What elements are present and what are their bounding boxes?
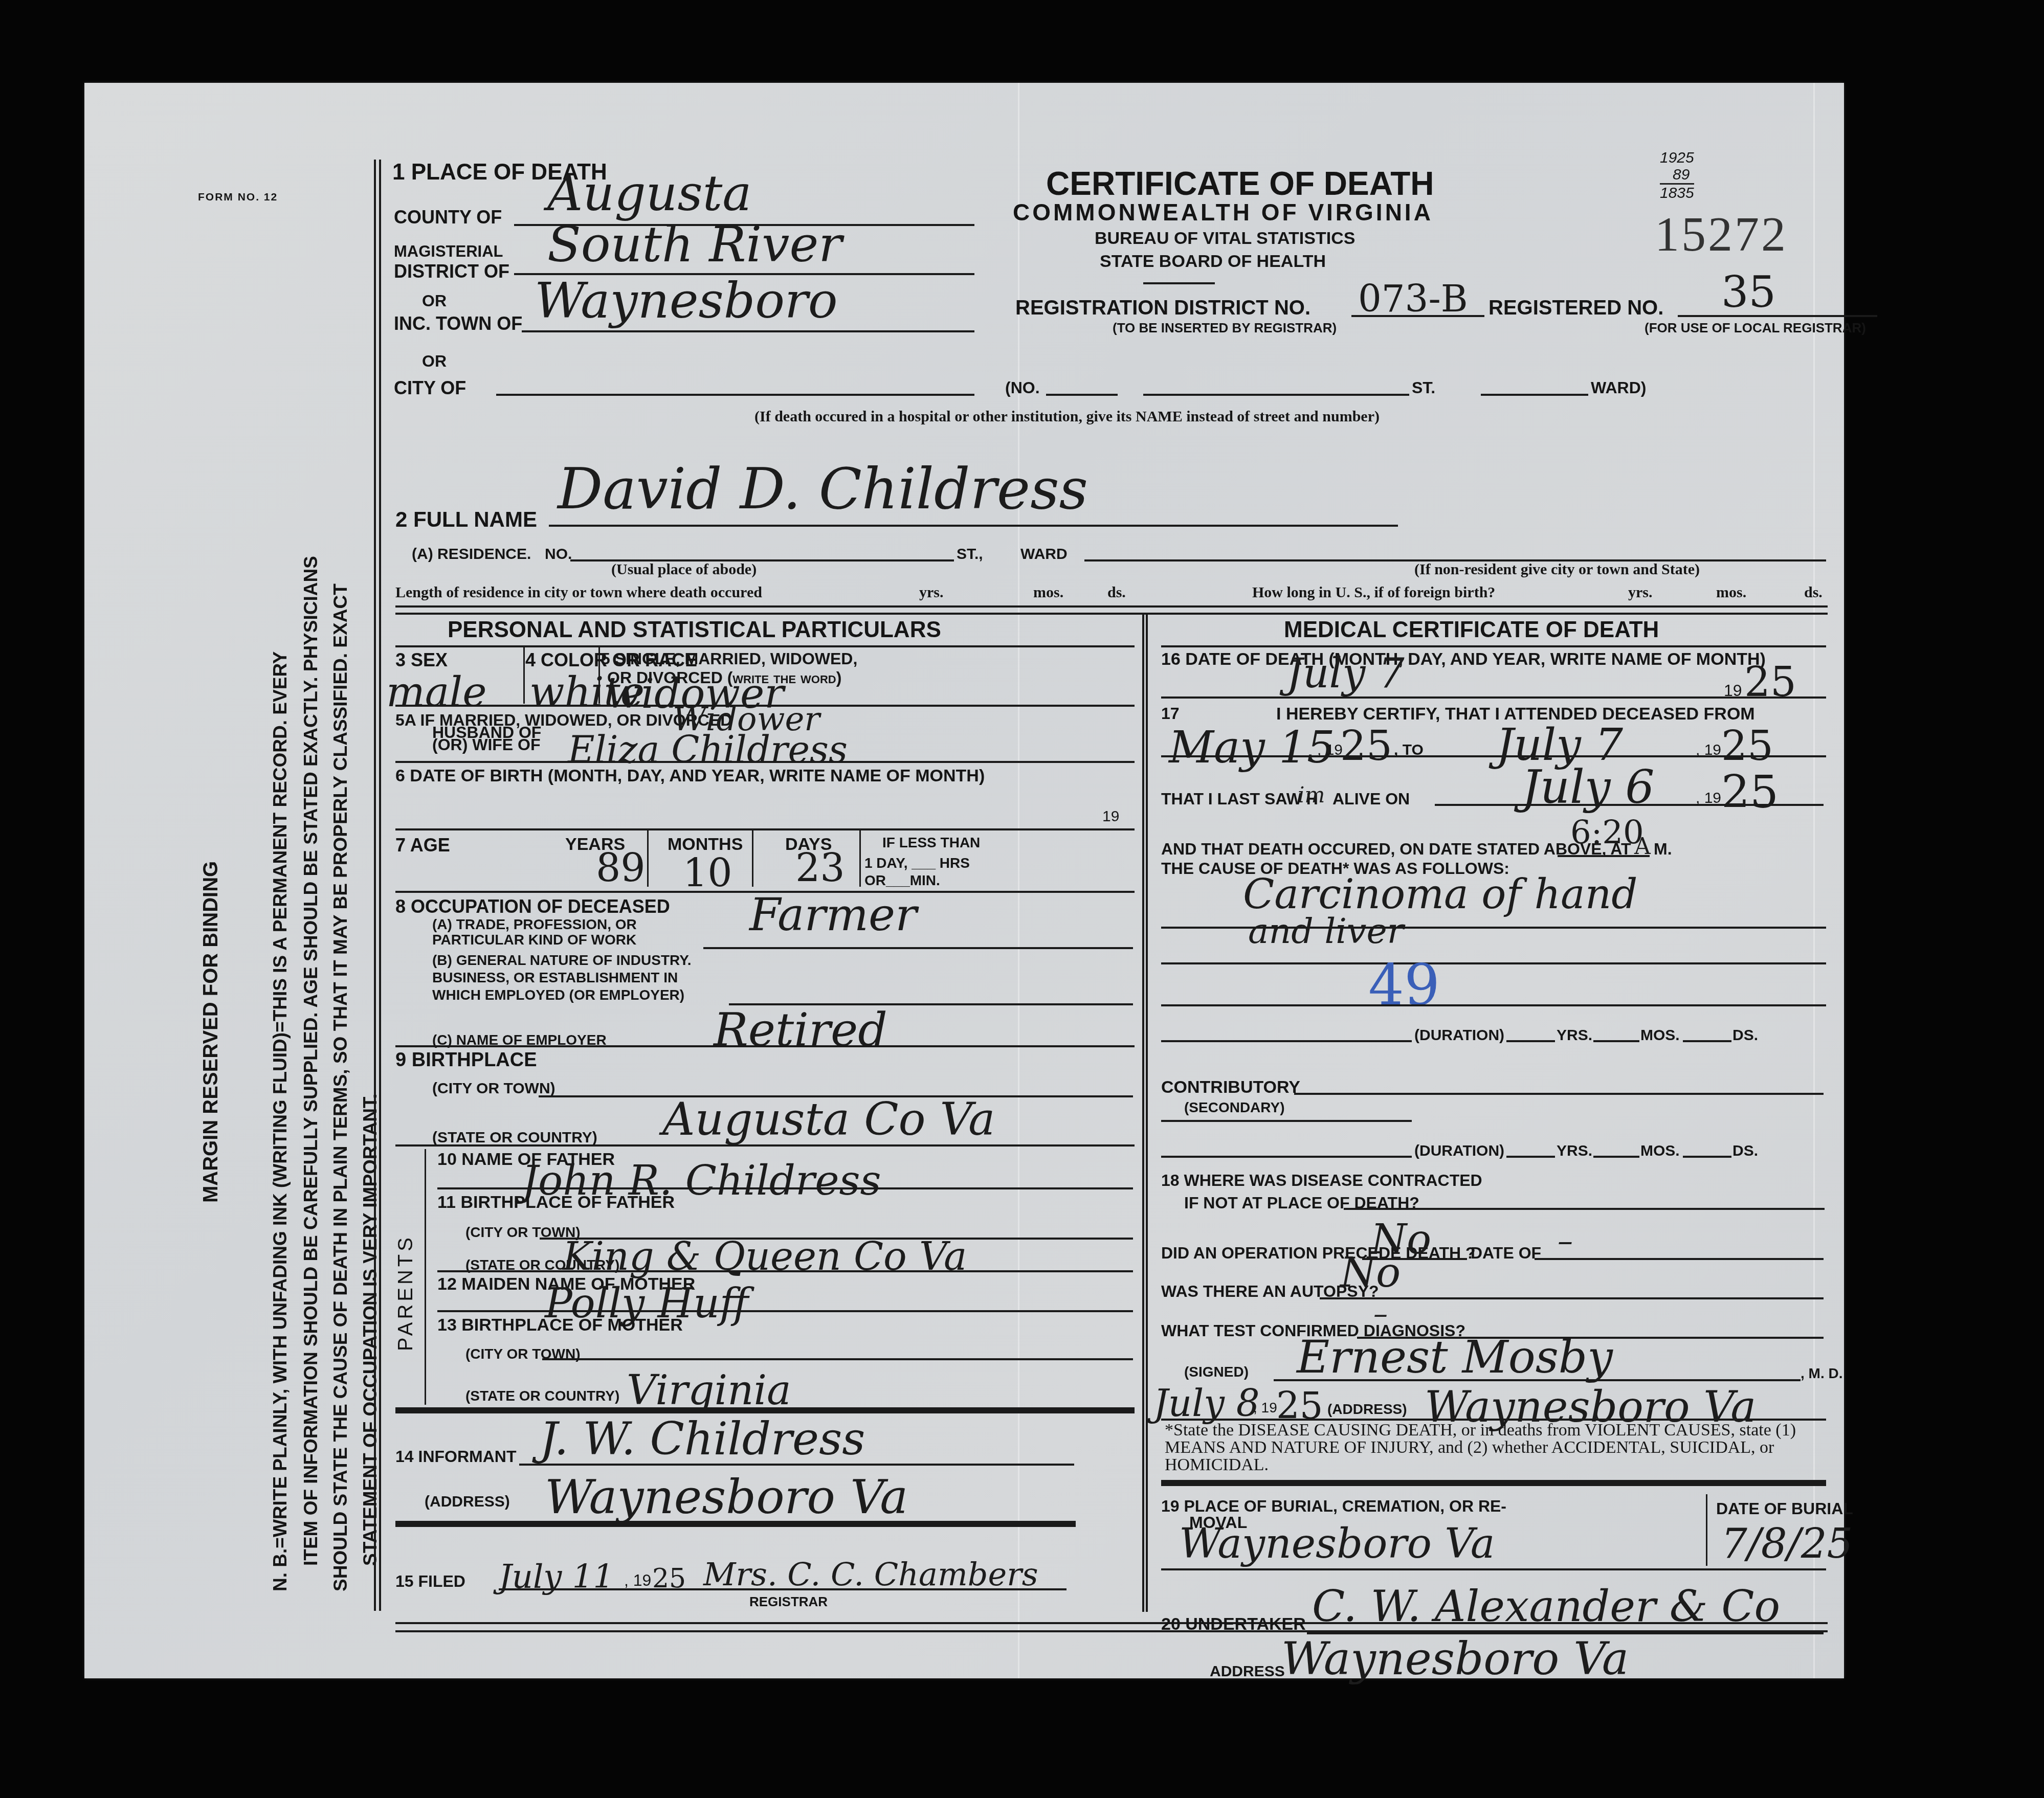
burial-place-value: Waynesboro Va (1179, 1520, 1495, 1567)
last-saw-label: THAT I LAST SAW H (1161, 790, 1318, 808)
margin-instruction-line: SHOULD STATE THE CAUSE OF DEATH IN PLAIN… (330, 583, 351, 1591)
district-note: (TO BE INSERTED BY REGISTRAR) (1113, 320, 1337, 336)
underline (1481, 394, 1588, 396)
employer-value: Retired (714, 1003, 887, 1057)
signed-year-prefix: , 19 (1253, 1400, 1277, 1416)
underline (1161, 696, 1826, 699)
birthplace-label: 9 BIRTHPLACE (395, 1049, 537, 1071)
cell-divider (523, 646, 525, 704)
mother-birthplace-label: 13 BIRTHPLACE OF MOTHER (437, 1315, 683, 1335)
burial-date-label: DATE OF BURIAL (1716, 1499, 1853, 1518)
m-label: M. (1654, 840, 1672, 859)
full-name-label: 2 FULL NAME (395, 507, 537, 532)
divider (1161, 645, 1826, 647)
divider (395, 828, 1135, 830)
to-label: , TO (1394, 741, 1424, 759)
date-of-birth-label: 6 DATE OF BIRTH (MONTH, DAY, AND YEAR, W… (395, 766, 985, 786)
ds-label: ds. (1107, 584, 1126, 601)
age-label: 7 AGE (395, 835, 450, 856)
occupation-b-label: BUSINESS, OR ESTABLISHMENT IN (432, 970, 678, 986)
underline (1683, 1156, 1731, 1158)
disease-contracted-label: 18 WHERE WAS DISEASE CONTRACTED (1161, 1171, 1482, 1190)
registered-number-label: REGISTERED NO. (1488, 297, 1663, 320)
corner-calculation: 1925 89 1835 (1660, 149, 1694, 201)
birthplace-state-value: Augusta Co Va (662, 1093, 995, 1145)
form-number: FORM NO. 12 (198, 191, 278, 204)
residence-ward-label: WARD (1020, 546, 1068, 563)
occupation-a-label: (A) TRADE, PROFESSION, OR (432, 916, 637, 933)
mos-label: mos. (1033, 584, 1063, 601)
divider (395, 761, 1135, 763)
signed-label: (SIGNED) (1184, 1364, 1249, 1380)
occupation-label: 8 OCCUPATION OF DECEASED (395, 896, 670, 917)
residence-st-label: ST., (957, 546, 983, 563)
cell-divider (752, 830, 753, 887)
street-no-label: (NO. (1005, 378, 1040, 397)
column-divider (1142, 615, 1144, 1612)
underline (1161, 1568, 1826, 1570)
filed-date-value: July 11 (499, 1558, 614, 1596)
cause-of-death-line2: and liver (1248, 911, 1404, 952)
full-name-value: David D. Childress (558, 456, 1088, 522)
md-label: , M. D. (1801, 1365, 1842, 1382)
underline (1506, 1040, 1555, 1042)
underline (1161, 1120, 1412, 1122)
or-label: OR (422, 291, 447, 310)
date-of-death-year: 25 (1744, 658, 1796, 706)
district-label: DISTRICT OF (394, 261, 509, 282)
underline (1683, 1040, 1731, 1042)
underline (437, 1187, 1133, 1189)
duration-ds-label: DS. (1732, 1027, 1758, 1044)
duration-yrs-label: YRS. (1557, 1142, 1592, 1160)
registrar-value: Mrs. C. C. Chambers (703, 1556, 1038, 1593)
death-time-value: 6:20 (1570, 814, 1644, 852)
dob-year-prefix: 19 (1102, 808, 1119, 825)
underline (1161, 962, 1826, 964)
year-prefix: , 19 (1696, 790, 1721, 807)
underline (1593, 1156, 1639, 1158)
calc-line: 89 (1660, 166, 1694, 185)
divider (395, 613, 1828, 615)
yrs-label: yrs. (919, 584, 944, 601)
binding-margin-label: MARGIN RESERVED FOR BINDING (199, 861, 223, 1203)
physician-signature: Ernest Mosby (1297, 1331, 1613, 1383)
bureau-label: BUREAU OF VITAL STATISTICS (1095, 229, 1355, 249)
test-confirmed-value: – (1373, 1297, 1388, 1331)
alive-on-label: ALIVE ON (1332, 790, 1410, 808)
duration-mos-label: MOS. (1640, 1027, 1680, 1044)
underline (1344, 1208, 1825, 1210)
margin-instruction-line: N. B.=WRITE PLAINLY, WITH UNFADING INK (… (270, 651, 291, 1591)
occupation-b-label: (B) GENERAL NATURE OF INDUSTRY. (432, 952, 692, 969)
operation-date-label: DATE OF (1471, 1244, 1541, 1263)
cell-divider (859, 830, 861, 887)
ds-label: ds. (1804, 584, 1823, 601)
length-of-residence-label: Length of residence in city or town wher… (395, 584, 762, 601)
divider (1143, 282, 1215, 284)
divider (395, 645, 1135, 647)
occupation-a-label: PARTICULAR KIND OF WORK (432, 932, 636, 948)
margin-instruction-line: ITEM OF INFORMATION SHOULD BE CAREFULLY … (300, 556, 322, 1566)
year-prefix: , 19 (1696, 741, 1721, 759)
last-saw-pronoun: im (1298, 782, 1325, 807)
state-or-country-label: (STATE OR COUNTRY) (465, 1388, 619, 1404)
attended-from-value: May 15 (1169, 722, 1335, 773)
sex-label: 3 SEX (395, 649, 448, 671)
filed-year-value: 25 (652, 1563, 686, 1594)
blue-code-annotation: 49 (1368, 952, 1440, 1018)
magisterial-value: South River (547, 216, 842, 273)
city-or-town-label: (CITY OR TOWN) (432, 1080, 556, 1097)
mos-label: mos. (1716, 584, 1746, 601)
registration-district-label: REGISTRATION DISTRICT NO. (1015, 297, 1310, 320)
duration-label: (DURATION) (1414, 1027, 1504, 1044)
attended-to-year: 25 (1721, 722, 1773, 770)
last-saw-value: July 6 (1522, 760, 1655, 814)
margin-instruction-line: STATEMENT OF OCCUPATION IS VERY IMPORTAN… (360, 1093, 381, 1566)
marital-label: 5 SINGLE, MARRIED, WIDOWED, (601, 649, 857, 668)
underline (542, 1358, 1133, 1360)
burial-date-value: 7/8/25 (1721, 1520, 1853, 1567)
physician-address-label: (ADDRESS) (1327, 1401, 1407, 1418)
paper-fold (1018, 83, 1019, 1678)
parents-side-label: PARENTS (394, 1234, 417, 1351)
filed-year-prefix: , 19 (624, 1571, 651, 1590)
underline (1046, 394, 1118, 396)
spouse-label: (OR) WIFE OF (432, 735, 541, 754)
underline (549, 525, 1398, 527)
nonresident-note: (If non-resident give city or town and S… (1414, 561, 1700, 578)
registrar-label: REGISTRAR (749, 1594, 828, 1610)
underline (1161, 1040, 1412, 1042)
personal-section-heading: PERSONAL AND STATISTICAL PARTICULARS (448, 617, 941, 643)
parents-bracket (425, 1149, 426, 1405)
residence-no-label: NO. (545, 546, 572, 563)
duration-yrs-label: YRS. (1557, 1027, 1592, 1044)
informant-address-label: (ADDRESS) (425, 1493, 510, 1511)
form-border (379, 160, 381, 1611)
last-saw-year: 25 (1721, 766, 1779, 818)
certificate-subtitle: COMMONWEALTH OF VIRGINIA (1013, 198, 1433, 226)
form-border (374, 160, 376, 1611)
hospital-note: (If death occured in a hospital or other… (754, 408, 1380, 425)
death-time-ampm: A (1634, 834, 1651, 860)
underline (1506, 1156, 1555, 1158)
divider (395, 1144, 1135, 1147)
cell-divider (647, 830, 649, 887)
year-prefix: , 19 (1317, 741, 1343, 759)
attended-from-year: 25 (1340, 722, 1392, 770)
or-label: OR (422, 352, 447, 371)
underline (1320, 1297, 1824, 1299)
registered-note: (FOR USE OF LOCAL REGISTRAR) (1645, 320, 1866, 336)
filed-label: 15 FILED (395, 1572, 465, 1591)
informant-label: 14 INFORMANT (395, 1447, 516, 1466)
calc-line: 1835 (1660, 185, 1694, 201)
magisterial-label: MAGISTERIAL (394, 242, 503, 261)
abode-note: (Usual place of abode) (611, 561, 757, 578)
duration-ds-label: DS. (1732, 1142, 1758, 1160)
certificate-paper: FORM NO. 12 MARGIN RESERVED FOR BINDING … (84, 83, 1844, 1678)
secondary-label: (SECONDARY) (1184, 1099, 1285, 1116)
father-birthplace-label: 11 BIRTHPLACE OF FATHER (437, 1193, 675, 1212)
informant-address-value: Waynesboro Va (545, 1470, 908, 1524)
or-min-label: OR___MIN. (864, 872, 940, 889)
medical-section-heading: MEDICAL CERTIFICATE OF DEATH (1284, 617, 1659, 643)
divider (395, 1045, 1135, 1047)
underline (1535, 1258, 1824, 1260)
operation-date-value: – (1558, 1223, 1573, 1259)
undertaker-address-value: Waynesboro Va (1281, 1632, 1629, 1685)
underline (1294, 1093, 1824, 1095)
underline (437, 1310, 1133, 1312)
calc-line: 1925 (1660, 149, 1694, 166)
town-value: Waynesboro (535, 272, 838, 329)
certify-number: 17 (1161, 704, 1180, 723)
underline (437, 1270, 1133, 1272)
underline (1161, 1004, 1826, 1006)
registration-district-value: 073-B (1358, 277, 1468, 320)
less-than-label: IF LESS THAN (882, 835, 980, 851)
column-divider (1146, 615, 1148, 1612)
duration-label: (DURATION) (1414, 1142, 1504, 1160)
yrs-label: yrs. (1628, 584, 1653, 601)
date-of-death-label: 16 DATE OF DEATH (MONTH, DAY, AND YEAR, … (1161, 649, 1766, 669)
autopsy-value: No (1340, 1249, 1401, 1296)
city-label: CITY OF (394, 377, 466, 399)
undertaker-label: 20 UNDERTAKER (1161, 1614, 1306, 1634)
cell-divider (1706, 1494, 1707, 1566)
underline (522, 330, 974, 332)
cause-footnote: *State the DISEASE CAUSING DEATH, or in … (1165, 1422, 1825, 1474)
underline (1161, 1156, 1412, 1158)
contributory-label: CONTRIBUTORY (1161, 1077, 1300, 1097)
county-label: COUNTY OF (394, 207, 502, 228)
certificate-number-stamp: 15272 (1655, 206, 1788, 262)
state-or-country-label: (STATE OR COUNTRY) (432, 1129, 597, 1147)
sex-value: male (386, 668, 486, 716)
undertaker-value: C. W. Alexander & Co (1312, 1581, 1780, 1631)
board-label: STATE BOARD OF HEALTH (1100, 252, 1326, 272)
residence-label: (A) RESIDENCE. (412, 546, 531, 563)
age-months-value: 10 (683, 850, 732, 895)
underline (703, 947, 1133, 949)
age-days-value: 23 (795, 845, 845, 890)
divider (395, 605, 1828, 608)
spouse-name-value: Eliza Childress (568, 728, 848, 771)
certificate-title: CERTIFICATE OF DEATH (1046, 165, 1434, 203)
age-years-value: 89 (596, 845, 646, 890)
date-of-death-value: July 7 (1286, 649, 1405, 697)
town-label: INC. TOWN OF (394, 313, 522, 334)
registered-number-value: 35 (1721, 267, 1776, 317)
undertaker-address-label: ADDRESS (1210, 1663, 1285, 1680)
duration-mos-label: MOS. (1640, 1142, 1680, 1160)
one-day-label: 1 DAY, ___ HRS (864, 855, 970, 871)
underline (496, 394, 974, 396)
underline (1678, 315, 1877, 317)
occupation-b-label: WHICH EMPLOYED (OR EMPLOYER) (432, 987, 684, 1003)
underline (1593, 1040, 1639, 1042)
underline (1143, 394, 1409, 396)
occupation-trade-value: Farmer (749, 888, 917, 941)
county-value: Augusta (547, 165, 752, 222)
divider (1161, 1480, 1826, 1486)
informant-value: J. W. Childress (540, 1412, 865, 1465)
ward-label: WARD) (1591, 378, 1646, 397)
street-label: ST. (1412, 378, 1435, 397)
foreign-birth-label: How long in U. S., if of foreign birth? (1252, 584, 1495, 601)
divider (395, 1521, 1076, 1527)
